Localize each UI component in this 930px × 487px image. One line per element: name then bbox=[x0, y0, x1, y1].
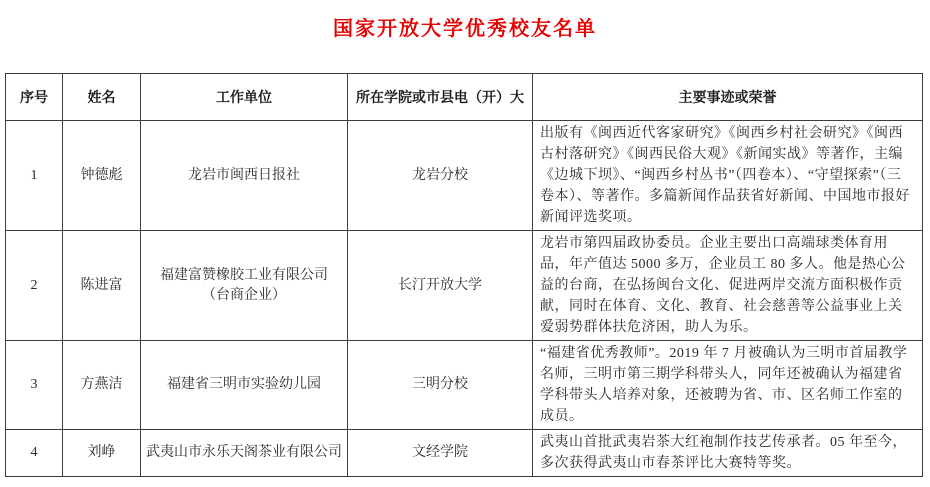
cell-no: 4 bbox=[6, 430, 63, 477]
table-row: 3 方燕洁 福建省三明市实验幼儿园 三明分校 “福建省优秀教师”。2019 年 … bbox=[6, 341, 923, 430]
cell-workplace: 武夷山市永乐天阁茶业有限公司 bbox=[141, 430, 348, 477]
cell-college: 文经学院 bbox=[348, 430, 533, 477]
table-row: 2 陈进富 福建富赞橡胶工业有限公司 （台商企业） 长汀开放大学 龙岩市第四届政… bbox=[6, 231, 923, 341]
cell-name: 陈进富 bbox=[63, 231, 141, 341]
cell-achievements: “福建省优秀教师”。2019 年 7 月被确认为三明市首届教学名师，三明市第三期… bbox=[533, 341, 923, 430]
cell-college: 长汀开放大学 bbox=[348, 231, 533, 341]
document-page: 国家开放大学优秀校友名单 序号 姓名 工作单位 所在学院或市县电（开）大 主要事… bbox=[0, 0, 930, 487]
cell-workplace: 龙岩市闽西日报社 bbox=[141, 121, 348, 231]
cell-college: 三明分校 bbox=[348, 341, 533, 430]
cell-no: 3 bbox=[6, 341, 63, 430]
page-title: 国家开放大学优秀校友名单 bbox=[0, 0, 930, 41]
header-workplace: 工作单位 bbox=[141, 74, 348, 121]
cell-college: 龙岩分校 bbox=[348, 121, 533, 231]
header-no: 序号 bbox=[6, 74, 63, 121]
cell-achievements: 出版有《闽西近代客家研究》《闽西乡村社会研究》《闽西古村落研究》《闽西民俗大观》… bbox=[533, 121, 923, 231]
cell-name: 方燕洁 bbox=[63, 341, 141, 430]
cell-achievements: 武夷山首批武夷岩茶大红袍制作技艺传承者。05 年至今，多次获得武夷山市春茶评比大… bbox=[533, 430, 923, 477]
cell-name: 钟德彪 bbox=[63, 121, 141, 231]
cell-workplace: 福建富赞橡胶工业有限公司 （台商企业） bbox=[141, 231, 348, 341]
cell-name: 刘峥 bbox=[63, 430, 141, 477]
cell-achievements: 龙岩市第四届政协委员。企业主要出口高端球类体育用品，年产值达 5000 多万，企… bbox=[533, 231, 923, 341]
cell-no: 2 bbox=[6, 231, 63, 341]
table-row: 4 刘峥 武夷山市永乐天阁茶业有限公司 文经学院 武夷山首批武夷岩茶大红袍制作技… bbox=[6, 430, 923, 477]
header-college: 所在学院或市县电（开）大 bbox=[348, 74, 533, 121]
header-name: 姓名 bbox=[63, 74, 141, 121]
table-header-row: 序号 姓名 工作单位 所在学院或市县电（开）大 主要事迹或荣誉 bbox=[6, 74, 923, 121]
cell-workplace: 福建省三明市实验幼儿园 bbox=[141, 341, 348, 430]
cell-no: 1 bbox=[6, 121, 63, 231]
table-row: 1 钟德彪 龙岩市闽西日报社 龙岩分校 出版有《闽西近代客家研究》《闽西乡村社会… bbox=[6, 121, 923, 231]
header-achievements: 主要事迹或荣誉 bbox=[533, 74, 923, 121]
alumni-table: 序号 姓名 工作单位 所在学院或市县电（开）大 主要事迹或荣誉 1 钟德彪 龙岩… bbox=[5, 73, 923, 477]
